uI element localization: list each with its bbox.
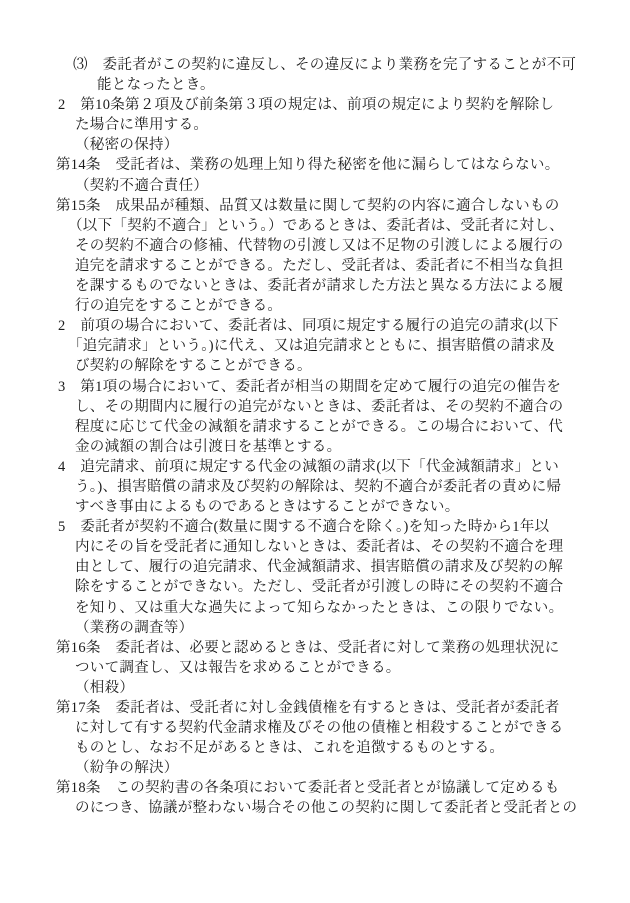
document-line: し、その期間内に履行の追完がないときは、委託者は、その契約不適合の: [75, 397, 586, 417]
document-line: ⑶ 委託者がこの契約に違反し、その違反により業務を完了することが不可: [73, 55, 586, 75]
document-line: その契約不適合の修補、代替物の引渡し又は不足物の引渡しによる履行の: [75, 236, 586, 256]
document-line: ついて調査し、又は報告を求めることができる。: [75, 658, 586, 678]
document-line: 2 第10条第２項及び前条第３項の規定は、前項の規定により契約を解除し: [58, 95, 586, 115]
document-line: に対して有する契約代金請求権及びその他の債権と相殺することができる: [75, 718, 586, 738]
document-line: （業務の調査等）: [75, 618, 586, 638]
document-line: 3 第1項の場合において、委託者が相当の期間を定めて履行の追完の催告を: [58, 377, 586, 397]
document-line: 内にその旨を受託者に通知しないときは、委託者は、その契約不適合を理: [75, 537, 586, 557]
document-line: 除をすることができない。ただし、受託者が引渡しの時にその契約不適合: [75, 577, 586, 597]
document-line: （紛争の解決）: [75, 758, 586, 778]
contract-text-block: ⑶ 委託者がこの契約に違反し、その違反により業務を完了することが不可能となったと…: [56, 55, 586, 819]
document-line: 能となったとき。: [97, 75, 586, 95]
document-line: 2 前項の場合において、委託者は、同項に規定する履行の追完の請求(以下: [58, 316, 586, 336]
document-line: 行の追完をすることができる。: [75, 296, 586, 316]
document-line: （相殺）: [75, 678, 586, 698]
document-line: び契約の解除をすることができる。: [75, 356, 586, 376]
document-line: 5 委託者が契約不適合(数量に関する不適合を除く。)を知った時から1年以: [58, 517, 586, 537]
document-page: ⑶ 委託者がこの契約に違反し、その違反により業務を完了することが不可能となったと…: [0, 0, 630, 903]
document-line: 第15条 成果品が種類、品質又は数量に関して契約の内容に適合しないもの: [56, 196, 586, 216]
document-line: ものとし、なお不足があるときは、これを追徴するものとする。: [75, 738, 586, 758]
document-line: 「追完請求」という。)に代え、又は追完請求とともに、損害賠償の請求及: [68, 336, 586, 356]
document-line: 金の減額の割合は引渡日を基準とする。: [75, 437, 586, 457]
document-line: （以下「契約不適合」という。）であるときは、委託者は、受託者に対し、: [68, 216, 586, 236]
document-line: すべき事由によるものであるときはすることができない。: [75, 497, 586, 517]
document-line: のにつき、協議が整わない場合その他この契約に関して委託者と受託者との: [75, 798, 586, 818]
document-line: 第18条 この契約書の各条項において委託者と受託者とが協議して定めるも: [56, 778, 586, 798]
document-line: う。)、損害賠償の請求及び契約の解除は、契約不適合が委託者の責めに帰: [75, 477, 586, 497]
document-line: 追完を請求することができる。ただし、受託者は、委託者に不相当な負担: [75, 256, 586, 276]
document-line: 第14条 受託者は、業務の処理上知り得た秘密を他に漏らしてはならない。: [56, 155, 586, 175]
document-line: 4 追完請求、前項に規定する代金の減額の請求(以下「代金減額請求」とい: [58, 457, 586, 477]
document-line: 由として、履行の追完請求、代金減額請求、損害賠償の請求及び契約の解: [75, 557, 586, 577]
document-line: （秘密の保持）: [75, 135, 586, 155]
document-line: 第17条 委託者は、受託者に対し金銭債権を有するときは、受託者が委託者: [56, 698, 586, 718]
document-line: 第16条 委託者は、必要と認めるときは、受託者に対して業務の処理状況に: [56, 638, 586, 658]
document-line: 程度に応じて代金の減額を請求することができる。この場合において、代: [75, 417, 586, 437]
document-line: を課するものでないときは、委託者が請求した方法と異なる方法による履: [75, 276, 586, 296]
document-line: た場合に準用する。: [75, 115, 586, 135]
document-line: を知り、又は重大な過失によって知らなかったときは、この限りでない。: [75, 598, 586, 618]
document-line: （契約不適合責任）: [75, 176, 586, 196]
